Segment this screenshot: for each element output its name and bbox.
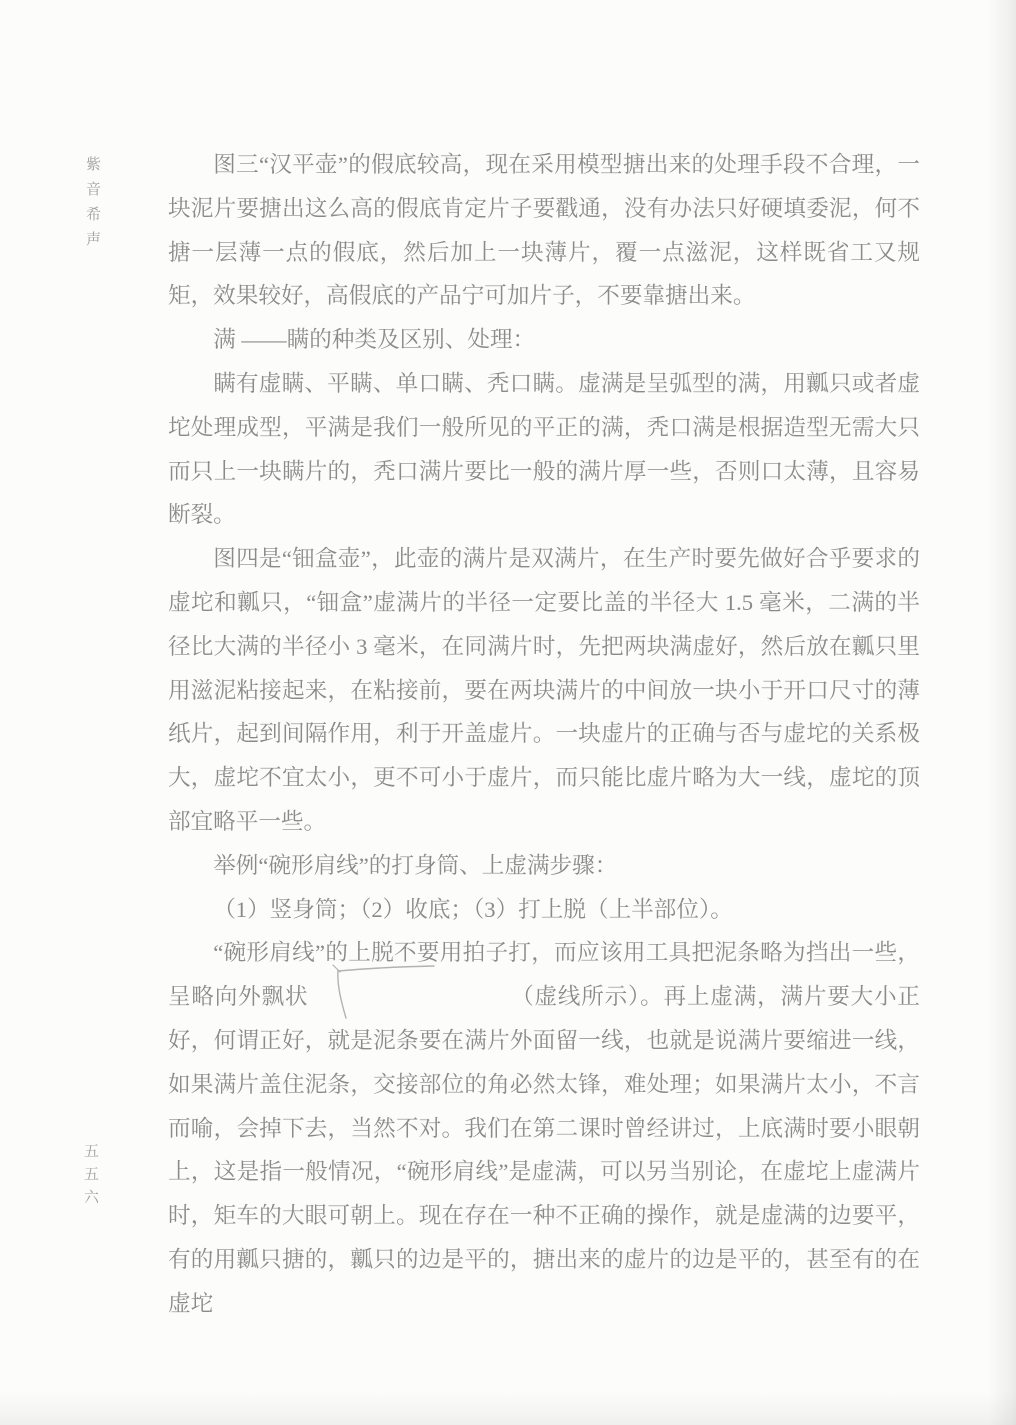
paragraph-man-types: 瞒有虚瞒、平瞒、单口瞒、秃口瞒。虚满是呈弧型的满，用瓤只或者虚坨处理成型，平满是… — [168, 362, 920, 537]
paragraph-fig4-dianhe-pot: 图四是“钿盒壶”，此壶的满片是双满片，在生产时要先做好合乎要求的虚坨和瓤只，“钿… — [168, 537, 920, 844]
page-text-block: 图三“汉平壶”的假底较高，现在采用模型搪出来的处理手段不合理，一块泥片要搪出这么… — [168, 143, 920, 1326]
paragraph-bowl-shoulder-line: “碗形肩线”的上脱不要用拍子打，而应该用工具把泥条略为挡出一些，呈略向外飘状（虚… — [168, 931, 920, 1325]
page-folio-number: 五五六 — [82, 1143, 97, 1212]
paragraph-steps-list: （1）竖身筒；（2）收底；（3）打上脱（上半部位）。 — [168, 888, 920, 932]
book-page: 紫音希声 五五六 图三“汉平壶”的假底较高，现在采用模型搪出来的处理手段不合理，… — [0, 0, 1016, 1425]
paragraph-text-after-sketch: （虚线所示）。再上虚满，满片要大小正好，何谓正好，就是泥条要在满片外面留一线，也… — [168, 984, 920, 1316]
margin-series-title: 紫音希声 — [84, 156, 99, 256]
paragraph-man-heading: 满 ——瞒的种类及区别、处理： — [168, 318, 920, 362]
sketch-gap-spacer — [308, 1003, 510, 1004]
paragraph-example-heading: 举例“碗形肩线”的打身筒、上虚满步骤： — [168, 844, 920, 888]
scan-edge-shadow-right — [988, 0, 1016, 1425]
paragraph-fig3-hanping-pot: 图三“汉平壶”的假底较高，现在采用模型搪出来的处理手段不合理，一块泥片要搪出这么… — [168, 143, 920, 318]
scan-edge-shadow-bottom — [0, 1391, 1016, 1425]
